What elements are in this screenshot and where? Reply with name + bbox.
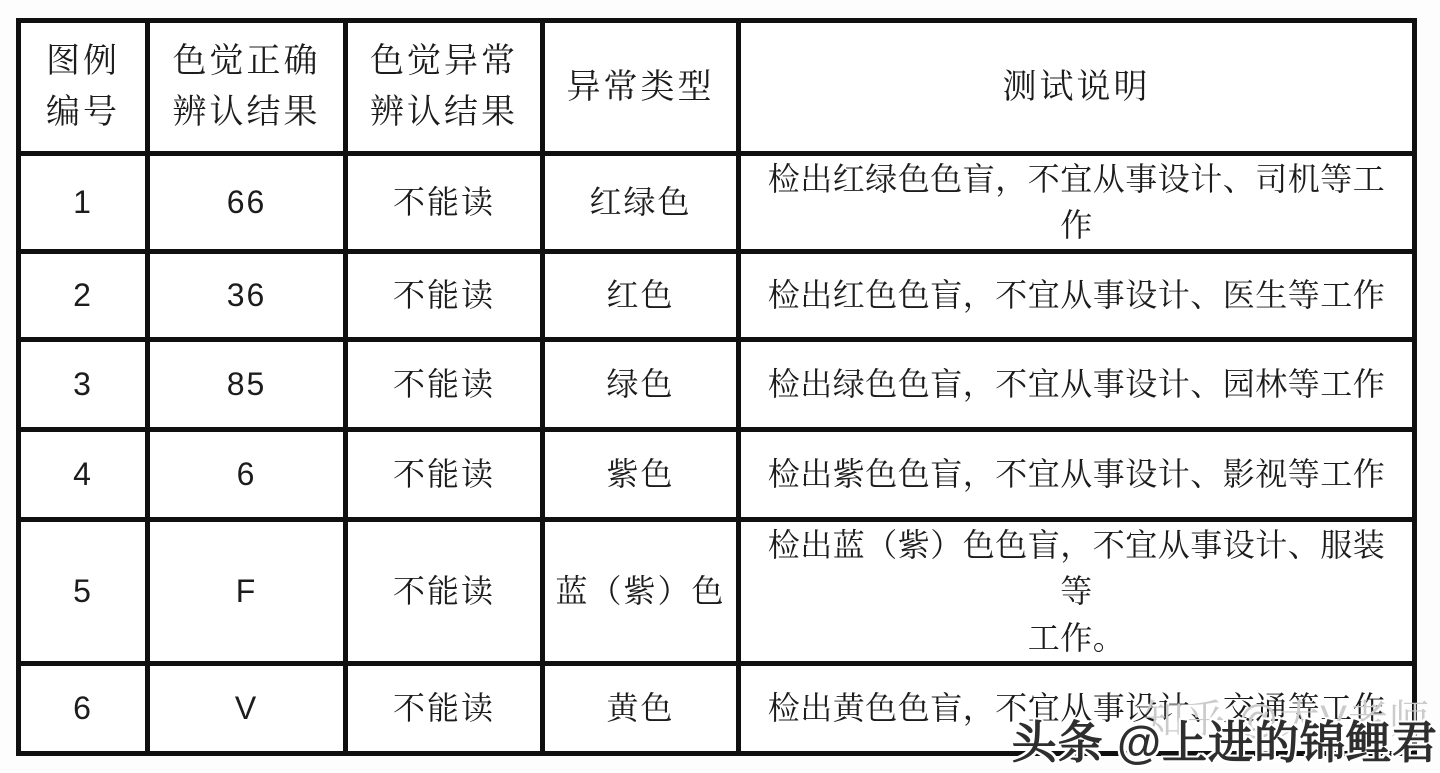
cell-abnormality-type: 红色 xyxy=(543,251,739,339)
cell-normal-result: 66 xyxy=(148,154,346,252)
cell-abnormality-type: 蓝（紫）色 xyxy=(543,519,739,663)
cell-abnormality-type: 红绿色 xyxy=(543,154,739,252)
header-row: 图例 编号 色觉正确 辨认结果 色觉异常 辨认结果 异常类型 测试说明 xyxy=(19,21,1415,154)
cell-legend-number: 3 xyxy=(19,339,148,429)
cell-test-description: 检出紫色色盲，不宜从事设计、影视等工作 xyxy=(739,429,1415,519)
cell-normal-result: 6 xyxy=(148,429,346,519)
document-page: 图例 编号 色觉正确 辨认结果 色觉异常 辨认结果 异常类型 测试说明 1 66… xyxy=(0,0,1440,773)
cell-legend-number: 6 xyxy=(19,663,148,753)
table-row: 5 F 不能读 蓝（紫）色 检出蓝（紫）色色盲，不宜从事设计、服装等 工作。 xyxy=(19,519,1415,663)
cell-legend-number: 1 xyxy=(19,154,148,252)
cell-test-description: 检出黄色色盲，不宜从事设计、交通等工作 xyxy=(739,663,1415,753)
cell-abnormal-result: 不能读 xyxy=(346,339,543,429)
cell-abnormal-result: 不能读 xyxy=(346,429,543,519)
cell-normal-result: 36 xyxy=(148,251,346,339)
cell-normal-result: 85 xyxy=(148,339,346,429)
color-vision-test-table: 图例 编号 色觉正确 辨认结果 色觉异常 辨认结果 异常类型 测试说明 1 66… xyxy=(16,18,1417,756)
cell-legend-number: 5 xyxy=(19,519,148,663)
table-row: 1 66 不能读 红绿色 检出红绿色色盲，不宜从事设计、司机等工作 xyxy=(19,154,1415,252)
cell-abnormal-result: 不能读 xyxy=(346,663,543,753)
header-normal-vision-result: 色觉正确 辨认结果 xyxy=(148,21,346,154)
header-test-description: 测试说明 xyxy=(739,21,1415,154)
table-row: 2 36 不能读 红色 检出红色色盲，不宜从事设计、医生等工作 xyxy=(19,251,1415,339)
header-legend-number: 图例 编号 xyxy=(19,21,148,154)
header-abnormal-vision-result: 色觉异常 辨认结果 xyxy=(346,21,543,154)
cell-normal-result: V xyxy=(148,663,346,753)
cell-abnormal-result: 不能读 xyxy=(346,519,543,663)
cell-legend-number: 2 xyxy=(19,251,148,339)
cell-abnormal-result: 不能读 xyxy=(346,154,543,252)
table-row: 6 V 不能读 黄色 检出黄色色盲，不宜从事设计、交通等工作 xyxy=(19,663,1415,753)
header-abnormality-type: 异常类型 xyxy=(543,21,739,154)
cell-abnormality-type: 紫色 xyxy=(543,429,739,519)
table-row: 4 6 不能读 紫色 检出紫色色盲，不宜从事设计、影视等工作 xyxy=(19,429,1415,519)
cell-test-description: 检出蓝（紫）色色盲，不宜从事设计、服装等 工作。 xyxy=(739,519,1415,663)
cell-test-description: 检出红绿色色盲，不宜从事设计、司机等工作 xyxy=(739,154,1415,252)
cell-test-description: 检出绿色色盲，不宜从事设计、园林等工作 xyxy=(739,339,1415,429)
table-row: 3 85 不能读 绿色 检出绿色色盲，不宜从事设计、园林等工作 xyxy=(19,339,1415,429)
cell-test-description: 检出红色色盲，不宜从事设计、医生等工作 xyxy=(739,251,1415,339)
cell-legend-number: 4 xyxy=(19,429,148,519)
cell-abnormality-type: 黄色 xyxy=(543,663,739,753)
cell-normal-result: F xyxy=(148,519,346,663)
cell-abnormal-result: 不能读 xyxy=(346,251,543,339)
cell-abnormality-type: 绿色 xyxy=(543,339,739,429)
